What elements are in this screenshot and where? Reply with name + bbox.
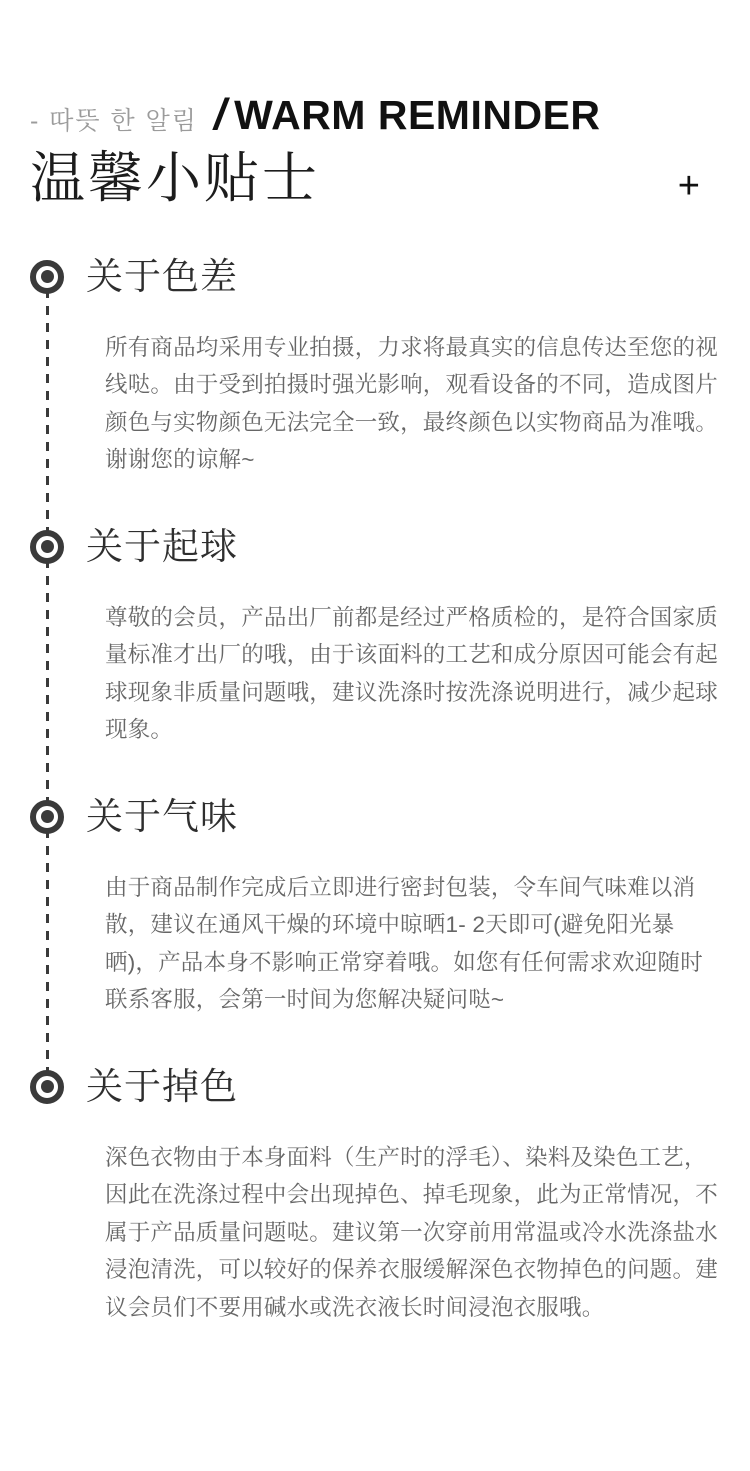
tip-section-fading: 关于掉色 深色衣物由于本身面料（生产时的浮毛）、染料及染色工艺，因此在洗涤过程中… [30,1065,720,1373]
tip-section-pilling: 关于起球 尊敬的会员，产品出厂前都是经过严格质检的，是符合国家质量标准才出厂的哦… [30,525,720,795]
tip-title: 关于起球 [86,525,238,569]
tip-title: 关于色差 [86,255,238,299]
tip-title: 关于掉色 [86,1065,238,1109]
tip-body: 深色衣物由于本身面料（生产时的浮毛）、染料及染色工艺，因此在洗涤过程中会出现掉色… [105,1139,721,1327]
tip-header: 关于色差 [30,255,720,299]
korean-subtitle: - 따뜻 한 알림 [30,101,198,137]
tip-body: 由于商品制作完成后立即进行密封包装，令车间气味难以消散，建议在通风干燥的环境中晾… [105,869,721,1019]
tips-timeline: 关于色差 所有商品均采用专业拍摄，力求将最真实的信息传达至您的视线哒。由于受到拍… [30,255,720,1373]
bullseye-icon [30,1070,64,1104]
warm-reminder-panel: - 따뜻 한 알림 / WARM REMINDER 温馨小贴士 + 关于色差 所… [0,0,750,1372]
tip-section-odor: 关于气味 由于商品制作完成后立即进行密封包装，令车间气味难以消散，建议在通风干燥… [30,795,720,1065]
tip-header: 关于气味 [30,795,720,839]
bullseye-dot [41,810,54,823]
title-row: 温馨小贴士 + [30,148,720,209]
bullseye-icon [30,800,64,834]
bullseye-dot [41,270,54,283]
plus-icon: + [678,167,700,209]
slash-divider: / [214,90,226,140]
english-subtitle: WARM REMINDER [234,92,600,139]
bullseye-dot [41,1080,54,1093]
bullseye-icon [30,260,64,294]
bullseye-icon [30,530,64,564]
tip-body: 所有商品均采用专业拍摄，力求将最真实的信息传达至您的视线哒。由于受到拍摄时强光影… [105,329,721,479]
page-title: 温馨小贴士 [30,148,320,209]
bullseye-dot [41,540,54,553]
tip-header: 关于掉色 [30,1065,720,1109]
tip-section-color-difference: 关于色差 所有商品均采用专业拍摄，力求将最真实的信息传达至您的视线哒。由于受到拍… [30,255,720,525]
header-eyebrow: - 따뜻 한 알림 / WARM REMINDER [30,90,720,140]
tip-body: 尊敬的会员，产品出厂前都是经过严格质检的，是符合国家质量标准才出厂的哦，由于该面… [105,599,721,749]
tip-title: 关于气味 [86,795,238,839]
tip-header: 关于起球 [30,525,720,569]
